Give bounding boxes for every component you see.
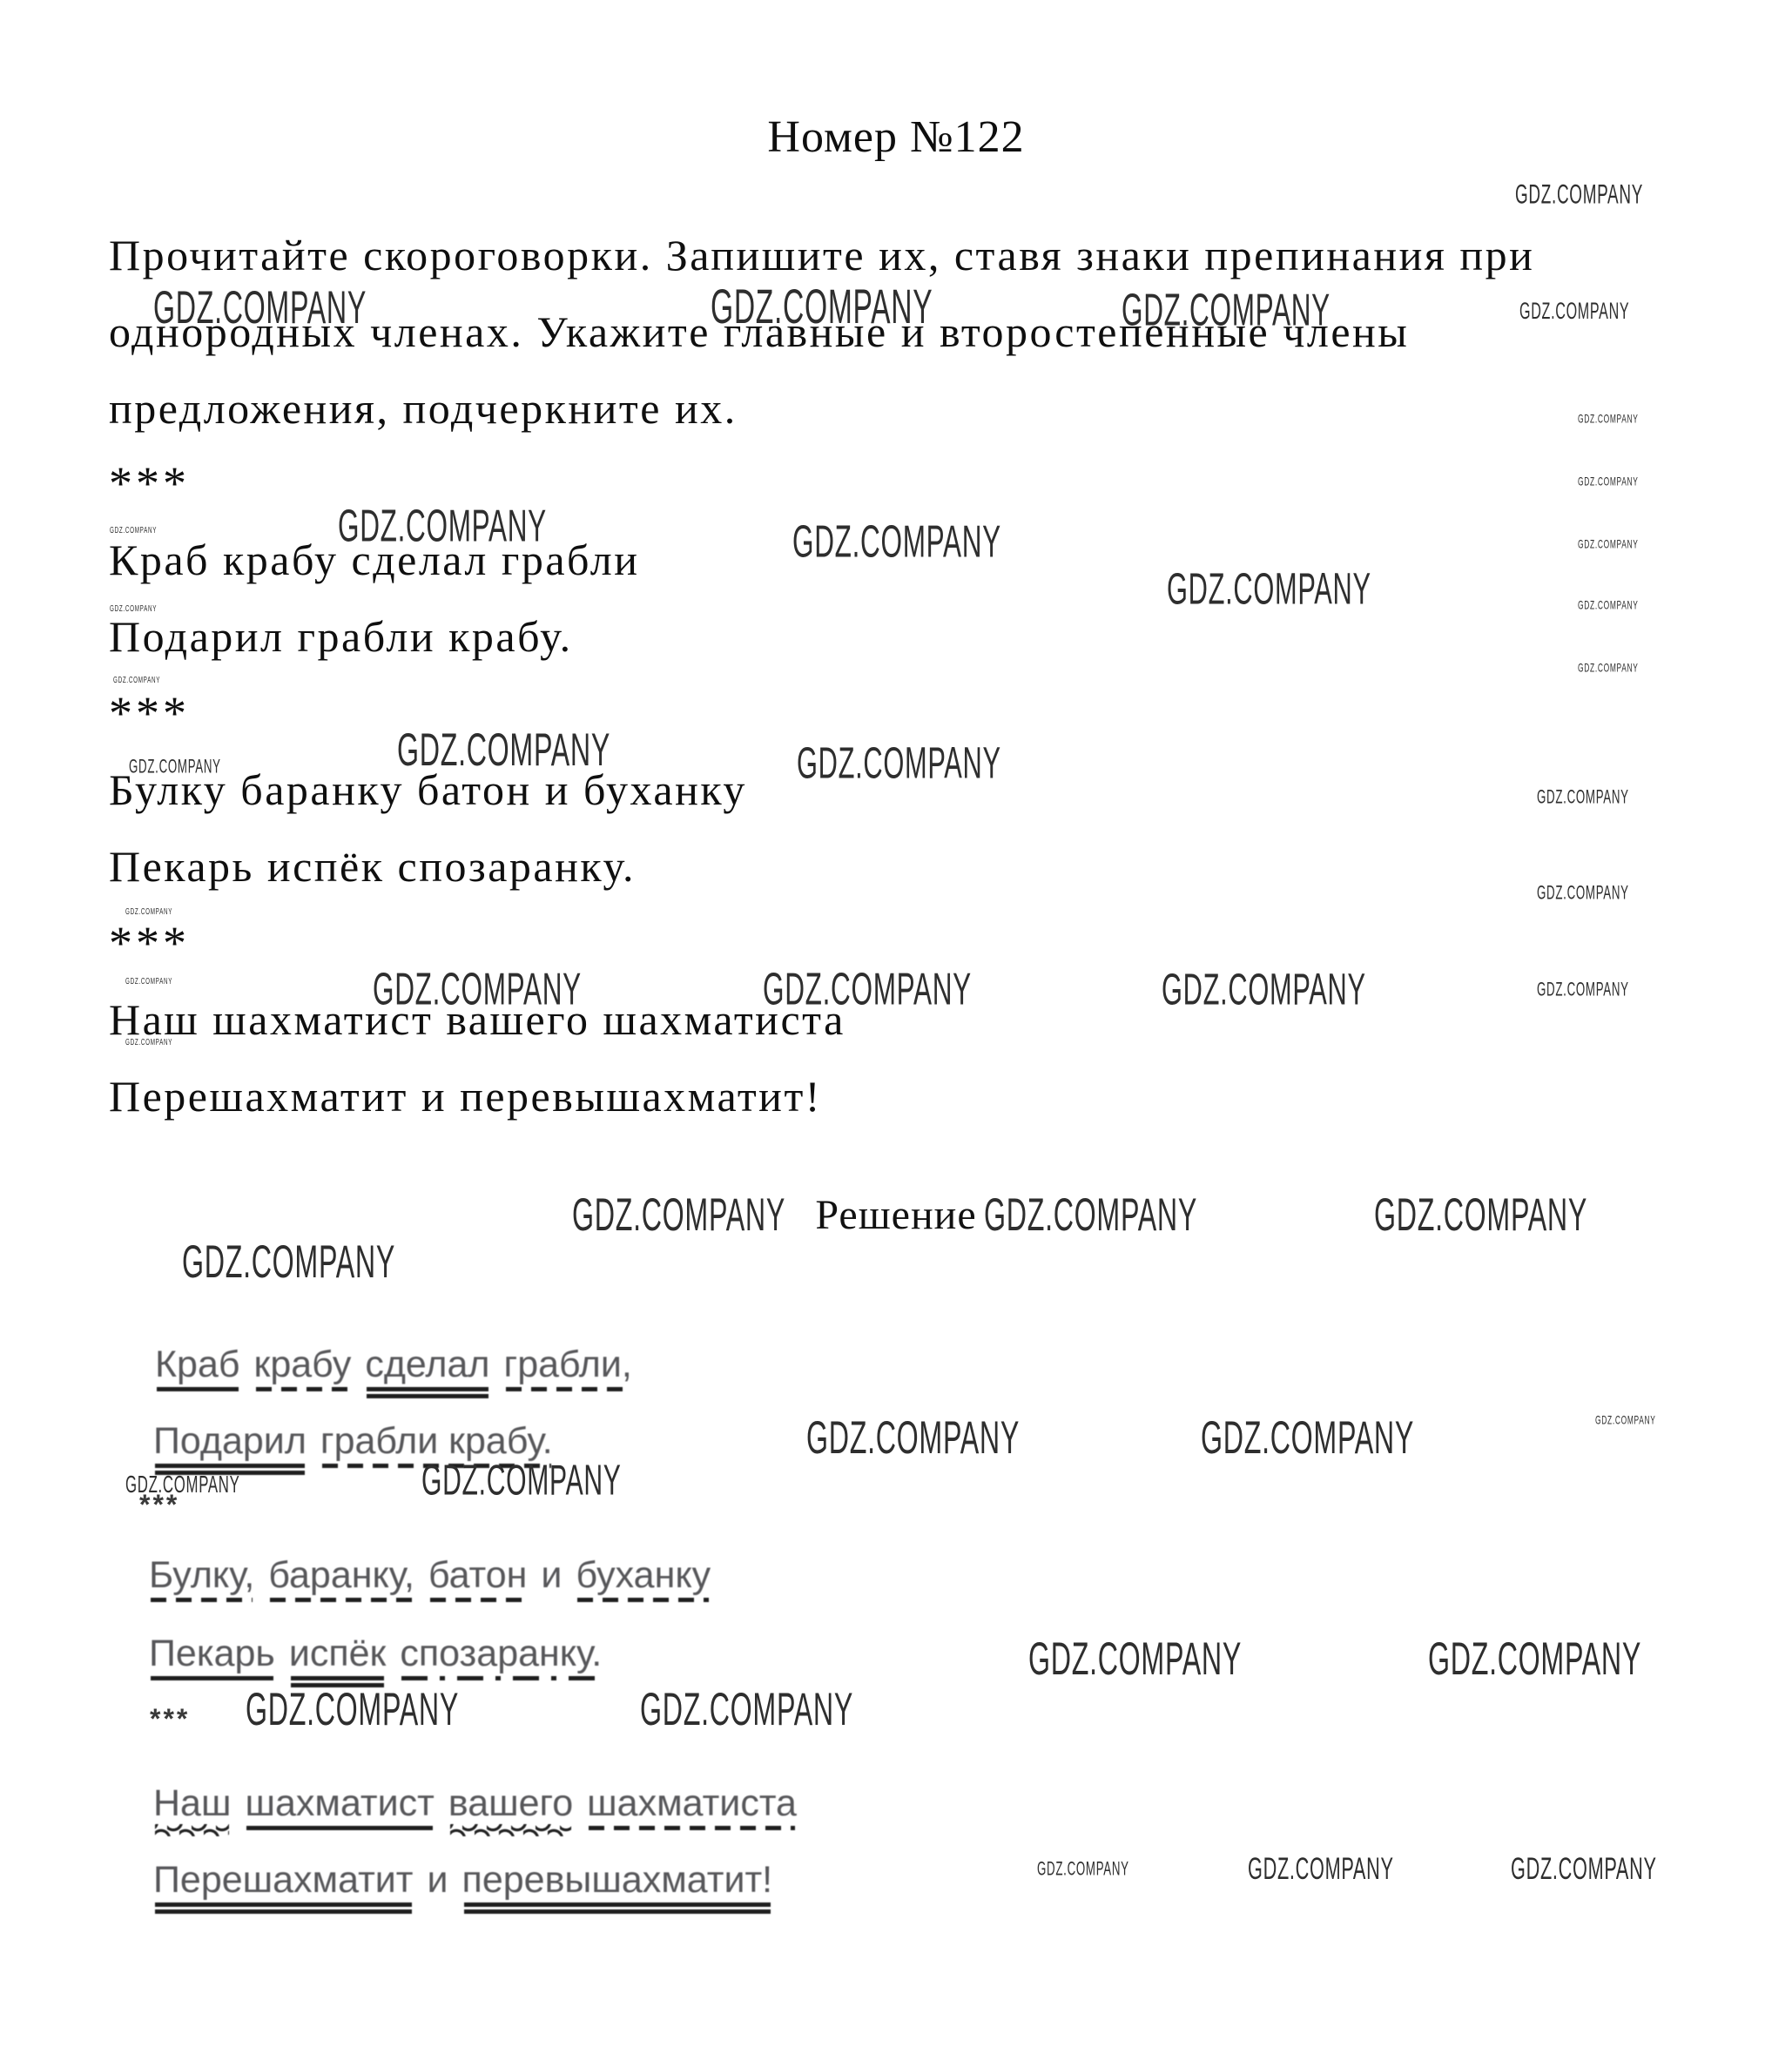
gdz-watermark: GDZ.COMPANY xyxy=(1028,1635,1242,1681)
gdz-watermark: GDZ.COMPANY xyxy=(1578,599,1639,611)
punctuation: , xyxy=(622,1343,632,1385)
gdz-watermark: GDZ.COMPANY xyxy=(125,1038,172,1047)
document-page: Номер №122 Прочитайте скороговорки. Запи… xyxy=(0,0,1792,2047)
underline-dashed xyxy=(577,1598,709,1602)
gdz-watermark: GDZ.COMPANY xyxy=(572,1191,785,1237)
underline-dashed xyxy=(506,1387,630,1391)
gdz-watermark: GDZ.COMPANY xyxy=(640,1686,853,1732)
solution-line-crab: Крабкрабусделалграбли, xyxy=(155,1346,632,1404)
gdz-watermark: GDZ.COMPANY xyxy=(1515,181,1643,208)
underline-double xyxy=(464,1902,771,1914)
underline-dashed xyxy=(151,1598,253,1602)
task-line: Пекарь испёк спозаранку. xyxy=(109,845,636,888)
gdz-watermark: GDZ.COMPANY xyxy=(1578,475,1639,488)
gdz-watermark: GDZ.COMPANY xyxy=(397,726,610,772)
solution-line-chess: Перешахматитиперевышахматит! xyxy=(153,1862,772,1920)
gdz-watermark: GDZ.COMPANY xyxy=(1595,1414,1656,1426)
gdz-watermark: GDZ.COMPANY xyxy=(1537,788,1629,807)
underline-solid xyxy=(246,1826,432,1830)
underlined-word: буханку xyxy=(576,1557,711,1615)
underlined-word: баранку, xyxy=(268,1557,414,1615)
underline-solid xyxy=(157,1387,239,1391)
gdz-watermark: GDZ.COMPANY xyxy=(797,742,1001,786)
underline-solid xyxy=(151,1676,273,1680)
gdz-watermark: GDZ.COMPANY xyxy=(1578,538,1639,550)
underlined-word: шахматист xyxy=(245,1785,434,1843)
gdz-watermark: GDZ.COMPANY xyxy=(129,758,221,777)
gdz-watermark: GDZ.COMPANY xyxy=(1537,980,1629,1000)
underlined-word: грабли, xyxy=(504,1346,632,1404)
task-line: Прочитайте скороговорки. Запишите их, ст… xyxy=(109,233,1534,277)
gdz-watermark: GDZ.COMPANY xyxy=(182,1238,395,1284)
underline-wavy xyxy=(450,1824,571,1836)
gdz-watermark: GDZ.COMPANY xyxy=(1037,1860,1129,1879)
section-divider-stars: *** xyxy=(109,690,190,737)
gdz-watermark: GDZ.COMPANY xyxy=(125,977,172,986)
gdz-watermark: GDZ.COMPANY xyxy=(1201,1414,1414,1460)
section-divider-stars: *** xyxy=(109,460,190,507)
underline-wavy xyxy=(155,1824,229,1836)
section-divider-stars: *** xyxy=(109,919,190,966)
underline-dashed xyxy=(256,1387,350,1391)
task-line: Подарил грабли крабу. xyxy=(109,615,573,658)
gdz-watermark: GDZ.COMPANY xyxy=(806,1414,1020,1460)
underline-double xyxy=(367,1387,488,1398)
underlined-word: батон xyxy=(428,1557,527,1615)
gdz-watermark: GDZ.COMPANY xyxy=(711,284,933,332)
gdz-watermark: GDZ.COMPANY xyxy=(1578,662,1639,674)
solution-line-chess: Нашшахматиствашегошахматиста xyxy=(153,1785,797,1843)
gdz-watermark: GDZ.COMPANY xyxy=(1248,1853,1394,1884)
gdz-watermark: GDZ.COMPANY xyxy=(113,676,160,684)
solution-line-bread: Булку,баранку,батонибуханку xyxy=(149,1557,711,1615)
gdz-watermark: GDZ.COMPANY xyxy=(373,966,582,1012)
underlined-word: и xyxy=(541,1557,562,1615)
underline-dashed xyxy=(589,1826,795,1830)
underline-double xyxy=(155,1902,412,1914)
underline-dashdot xyxy=(401,1676,600,1680)
gdz-watermark: GDZ.COMPANY xyxy=(1578,413,1639,425)
underlined-word: и xyxy=(428,1862,448,1920)
underlined-word: вашего xyxy=(448,1785,573,1843)
gdz-watermark: GDZ.COMPANY xyxy=(125,1473,240,1498)
gdz-watermark: GDZ.COMPANY xyxy=(763,966,972,1012)
solution-divider-stars: *** xyxy=(150,1705,190,1733)
underlined-word: крабу xyxy=(254,1346,352,1404)
task-line: Перешахматит и перевышахматит! xyxy=(109,1074,822,1118)
gdz-watermark: GDZ.COMPANY xyxy=(421,1459,622,1502)
underlined-word: Перешахматит xyxy=(153,1862,414,1920)
underline-dashed xyxy=(270,1598,413,1602)
gdz-watermark: GDZ.COMPANY xyxy=(1519,300,1629,322)
exercise-title: Номер №122 xyxy=(0,111,1792,163)
underlined-word: шахматиста xyxy=(587,1785,797,1843)
gdz-watermark: GDZ.COMPANY xyxy=(110,604,157,613)
gdz-watermark: GDZ.COMPANY xyxy=(1537,884,1629,903)
gdz-watermark: GDZ.COMPANY xyxy=(110,526,157,535)
gdz-watermark: GDZ.COMPANY xyxy=(1162,968,1366,1013)
gdz-watermark: GDZ.COMPANY xyxy=(1122,287,1331,333)
gdz-watermark: GDZ.COMPANY xyxy=(246,1686,459,1732)
underlined-word: Булку, xyxy=(149,1557,254,1615)
underlined-word: перевышахматит! xyxy=(462,1862,773,1920)
gdz-watermark: GDZ.COMPANY xyxy=(125,907,172,916)
underlined-word: сделал xyxy=(365,1346,489,1404)
gdz-watermark: GDZ.COMPANY xyxy=(984,1191,1197,1237)
underline-dashed xyxy=(430,1598,525,1602)
gdz-watermark: GDZ.COMPANY xyxy=(1428,1635,1641,1681)
gdz-watermark: GDZ.COMPANY xyxy=(1374,1191,1587,1237)
gdz-watermark: GDZ.COMPANY xyxy=(1511,1853,1657,1884)
gdz-watermark: GDZ.COMPANY xyxy=(338,503,547,549)
underlined-word: Краб xyxy=(155,1346,240,1404)
gdz-watermark: GDZ.COMPANY xyxy=(153,284,367,330)
underlined-word: Наш xyxy=(153,1785,231,1843)
gdz-watermark: GDZ.COMPANY xyxy=(792,519,1001,564)
task-line: предложения, подчеркните их. xyxy=(109,387,738,430)
gdz-watermark: GDZ.COMPANY xyxy=(1167,568,1371,612)
